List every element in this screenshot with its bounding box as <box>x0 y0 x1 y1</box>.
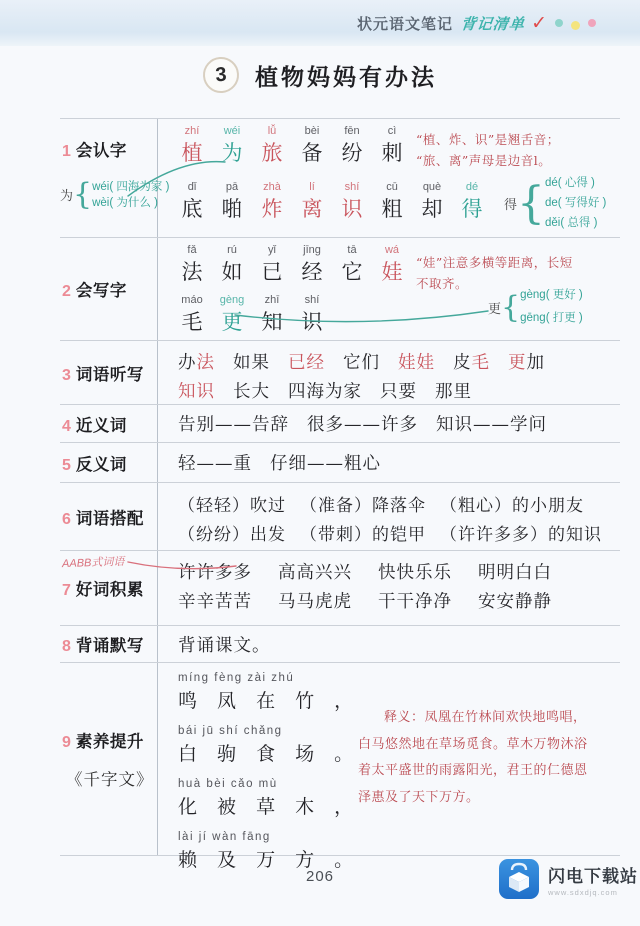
section-label: 词语搭配 <box>76 505 144 529</box>
verse: míng fèng zài zhú鸣 凤 在 竹 ， <box>178 672 360 713</box>
word: 它们 <box>343 349 380 374</box>
pinyin-char-pair: pā啪 <box>212 181 252 222</box>
pinyin-char-pair: bèi备 <box>292 125 332 166</box>
section-label: 近义词 <box>76 412 127 436</box>
section-number: 1 <box>62 143 71 161</box>
checkmark-icon: ✓ <box>531 12 547 35</box>
dot-pink-icon <box>588 19 596 27</box>
word: 娃娃 <box>398 349 435 374</box>
section-label-cell: 9 素养提升 《千字文》 <box>60 663 158 855</box>
pinyin-char-pair: zhà炸 <box>252 181 292 222</box>
section-content-cell: 许许多多高高兴兴快快乐乐明明白白 辛辛苦苦马马虎虎干干净净安安静静 <box>158 551 620 625</box>
pinyin-char-pair: zhī知 <box>252 294 292 335</box>
pronunciation-lines: gèng( 更好 )gēng( 打更 ) <box>520 284 583 330</box>
section-literacy-boost: 9 素养提升 《千字文》 míng fèng zài zhú鸣 凤 在 竹 ，b… <box>60 662 620 855</box>
lesson-number-circle: 3 <box>202 56 240 94</box>
pinyin-char-pair: dé得 <box>452 181 492 222</box>
text-line: 释义：凤凰在竹林间欢快地鸣唱， <box>358 705 622 732</box>
word-line: 背诵课文。 <box>178 632 271 657</box>
geng-pronunciation-note: 更 gèng( 更好 )gēng( 打更 ) <box>488 284 583 330</box>
word-line: 辛辛苦苦马马虎虎干干净净安安静静 <box>178 586 620 615</box>
section-label: 素养提升 <box>76 728 144 752</box>
pinyin-char-pair: zhí植 <box>172 125 212 166</box>
dot-teal-icon <box>555 19 563 27</box>
lead-character: 得 <box>504 194 517 213</box>
watermark-url: www.sdxdjq.com <box>548 888 638 897</box>
tip-line: “旅、离”声母是边音l。 <box>416 150 620 171</box>
word: 高高兴兴 <box>278 559 352 584</box>
badge-title: 背记清单 <box>460 13 526 34</box>
brace-icon <box>501 290 520 325</box>
verse: bái jū shí chǎng白 驹 食 场 。 <box>178 725 360 766</box>
lesson-title-text: 植物妈妈有办法 <box>255 59 437 92</box>
section-label: 背诵默写 <box>76 632 144 656</box>
section-content-cell: 轻——重仔细——粗心 <box>158 443 620 482</box>
pinyin-char-pair: shí识 <box>292 294 332 335</box>
section-label: 反义词 <box>76 451 127 475</box>
word: 更加 <box>508 349 545 374</box>
de-pronunciation-note: 得 dé( 心得 )de( 写得好 )děi( 总得 ) <box>504 173 606 233</box>
section-number: 3 <box>62 367 71 385</box>
section-label-cell: 5 反义词 <box>60 443 158 482</box>
lead-character: 为 <box>60 185 73 204</box>
section-number: 6 <box>62 511 71 529</box>
download-app-icon <box>498 858 540 900</box>
section-synonyms: 4 近义词 告别——告辞很多——许多知识——学问 <box>60 404 620 442</box>
word: 许许多多 <box>178 559 252 584</box>
section-good-words: AABB式词语 7 好词积累 许许多多高高兴兴快快乐乐明明白白 辛辛苦苦马马虎虎… <box>60 550 620 625</box>
section-content-cell: 背诵课文。 <box>158 626 620 662</box>
section-label-cell: 8 背诵默写 <box>60 626 158 662</box>
section-label-cell: 2 会写字 <box>60 238 158 340</box>
text-line: 泽惠及了天下万方。 <box>358 785 622 812</box>
text-line: gēng( 打更 ) <box>520 307 583 330</box>
section-label: 会写字 <box>76 277 127 301</box>
section-number: 4 <box>62 418 71 436</box>
pinyin-char-pair: tā它 <box>332 244 372 285</box>
word: 皮毛 <box>453 349 490 374</box>
word: 办法 <box>178 349 215 374</box>
watermark-badge[interactable]: 闪电下载站 www.sdxdjq.com <box>498 858 638 900</box>
verse: huà bèi cǎo mù化 被 草 木 ， <box>178 778 360 819</box>
section-number: 9 <box>62 734 71 752</box>
book-title: 《千字文》 <box>66 766 154 790</box>
section-number: 8 <box>62 638 71 656</box>
section-word-dictation: 3 词语听写 办法如果已经它们娃娃皮毛更加 知识长大四海为家只要那里 <box>60 340 620 404</box>
section-content-cell: míng fèng zài zhú鸣 凤 在 竹 ，bái jū shí chǎ… <box>158 663 620 855</box>
word: 辛辛苦苦 <box>178 588 252 613</box>
pinyin-char-pair: yǐ已 <box>252 244 292 285</box>
header-band: 状元语文笔记 背记清单 ✓ <box>0 0 640 46</box>
word-line: 告别——告辞很多——许多知识——学问 <box>178 411 547 436</box>
section-label-cell: 6 词语搭配 <box>60 483 158 550</box>
pinyin-char-pair: wéi为 <box>212 125 252 166</box>
word-line: 许许多多高高兴兴快快乐乐明明白白 <box>178 557 620 586</box>
word: （轻轻）吹过 <box>178 491 286 516</box>
word-line: 轻——重仔细——粗心 <box>178 450 381 475</box>
wei-pronunciation-note: 为 wéi( 四海为家 )wèi( 为什么 ) <box>60 177 169 212</box>
word: 长大 <box>233 378 270 403</box>
section-collocations: 6 词语搭配 （轻轻）吹过（准备）降落伞（粗心）的小朋友 （纷纷）出发（带刺）的… <box>60 482 620 550</box>
word: 仔细——粗心 <box>270 450 381 475</box>
section-recitation: 8 背诵默写 背诵课文。 <box>60 625 620 662</box>
pronunciation-lines: dé( 心得 )de( 写得好 )děi( 总得 ) <box>545 173 606 233</box>
pinyin-char-row: fǎ法rú如yǐ已jīng经tā它wá娃 <box>172 244 412 285</box>
word: 马马虎虎 <box>278 588 352 613</box>
pinyin-char-pair: dǐ底 <box>172 181 212 222</box>
pinyin-char-pair: cì刺 <box>372 125 412 166</box>
dot-yellow-icon <box>571 21 580 30</box>
text-line: 着太平盛世的雨露阳光，君王的仁德恩 <box>358 758 622 785</box>
text-line: děi( 总得 ) <box>545 213 606 233</box>
section-antonyms: 5 反义词 轻——重仔细——粗心 <box>60 442 620 482</box>
word-line: （纷纷）出发（带刺）的铠甲（许许多多）的知识 <box>178 518 620 547</box>
word: 快快乐乐 <box>378 559 452 584</box>
section-label: 会认字 <box>76 137 127 161</box>
text-line: dé( 心得 ) <box>545 173 606 193</box>
word: （带刺）的铠甲 <box>300 520 426 545</box>
section-content-cell: （轻轻）吹过（准备）降落伞（粗心）的小朋友 （纷纷）出发（带刺）的铠甲（许许多多… <box>158 483 620 550</box>
section-label-cell: 3 词语听写 <box>60 341 158 404</box>
section-number: 2 <box>62 283 71 301</box>
word: （纷纷）出发 <box>178 520 286 545</box>
section-content-cell: zhí植wéi为lǚ旅bèi备fēn纷cì刺 “植、炸、识”是翘舌音； “旅、离… <box>158 119 620 237</box>
word: 知识 <box>178 378 215 403</box>
explanation-note: 释义：凤凰在竹林间欢快地鸣唱，白马悠然地在草场觅食。草木万物沐浴着太平盛世的雨露… <box>358 705 622 811</box>
word-line: 办法如果已经它们娃娃皮毛更加 <box>178 347 620 376</box>
text-line: de( 写得好 ) <box>545 193 606 213</box>
word: （粗心）的小朋友 <box>440 491 584 516</box>
word-line: 知识长大四海为家只要那里 <box>178 376 620 405</box>
pinyin-char-pair: lǚ旅 <box>252 125 292 166</box>
section-recognize-characters: 1 会认字 为 wéi( 四海为家 )wèi( 为什么 ) zhí植wéi为lǚ… <box>60 118 620 237</box>
pinyin-char-pair: máo毛 <box>172 294 212 335</box>
notebook-page: 状元语文笔记 背记清单 ✓ 3 植物妈妈有办法 1 会认字 为 wéi( 四海为… <box>0 0 640 926</box>
section-label-cell: 1 会认字 为 wéi( 四海为家 )wèi( 为什么 ) <box>60 119 158 237</box>
pinyin-char-pair: gèng更 <box>212 294 252 335</box>
pinyin-char-row: máo毛gèng更zhī知shí识 <box>172 294 332 335</box>
lead-character: 更 <box>488 298 501 317</box>
section-content-cell: 告别——告辞很多——许多知识——学问 <box>158 405 620 442</box>
word: 知识——学问 <box>436 411 547 436</box>
word: 明明白白 <box>478 559 552 584</box>
word: 告别——告辞 <box>178 411 289 436</box>
watermark-name: 闪电下载站 <box>548 862 638 887</box>
pinyin-char-pair: lí离 <box>292 181 332 222</box>
tip-line: “植、炸、识”是翘舌音； <box>416 129 620 150</box>
word-line: （轻轻）吹过（准备）降落伞（粗心）的小朋友 <box>178 489 620 518</box>
pinyin-char-row: dǐ底pā啪zhà炸lí离shí识cū粗què却dé得 <box>172 181 492 222</box>
word: 那里 <box>435 378 472 403</box>
pinyin-char-pair: fēn纷 <box>332 125 372 166</box>
section-label-cell: 4 近义词 <box>60 405 158 442</box>
word: （许许多多）的知识 <box>440 520 602 545</box>
brand-title: 状元语文笔记 <box>357 13 453 34</box>
section-label-cell: AABB式词语 7 好词积累 <box>60 551 158 625</box>
pinyin-char-pair: shí识 <box>332 181 372 222</box>
word: 如果 <box>233 349 270 374</box>
pinyin-char-pair: wá娃 <box>372 244 412 285</box>
pronunciation-tip: “植、炸、识”是翘舌音； “旅、离”声母是边音l。 <box>416 129 620 171</box>
section-number: 5 <box>62 457 71 475</box>
verse-list: míng fèng zài zhú鸣 凤 在 竹 ，bái jū shí chǎ… <box>178 672 360 884</box>
word: 干干净净 <box>378 588 452 613</box>
pinyin-char-pair: fǎ法 <box>172 244 212 285</box>
word: 只要 <box>380 378 417 403</box>
word: 四海为家 <box>288 378 362 403</box>
word: 很多——许多 <box>307 411 418 436</box>
pinyin-char-row: zhí植wéi为lǚ旅bèi备fēn纷cì刺 <box>172 125 412 166</box>
notes-table: 1 会认字 为 wéi( 四海为家 )wèi( 为什么 ) zhí植wéi为lǚ… <box>60 118 620 856</box>
pinyin-char-pair: cū粗 <box>372 181 412 222</box>
brace-icon <box>517 178 545 229</box>
verse: lài jí wàn fāng赖 及 万 方 。 <box>178 831 360 872</box>
word: 已经 <box>288 349 325 374</box>
section-content-cell: fǎ法rú如yǐ已jīng经tā它wá娃 “娃”注意多横等距离，长短 不取齐。 … <box>158 238 620 340</box>
text-line: 白马悠然地在草场觅食。草木万物沐浴 <box>358 732 622 759</box>
lesson-title: 3 植物妈妈有办法 <box>0 57 640 93</box>
word: 背诵课文。 <box>178 632 271 657</box>
section-label: 好词积累 <box>76 576 144 600</box>
pinyin-char-pair: rú如 <box>212 244 252 285</box>
word: 轻——重 <box>178 450 252 475</box>
pinyin-char-pair: jīng经 <box>292 244 332 285</box>
brace-icon <box>73 177 92 212</box>
word: （准备）降落伞 <box>300 491 426 516</box>
pinyin-char-pair: què却 <box>412 181 452 222</box>
word: 安安静静 <box>478 588 552 613</box>
watermark-text: 闪电下载站 www.sdxdjq.com <box>548 862 638 897</box>
section-content-cell: 办法如果已经它们娃娃皮毛更加 知识长大四海为家只要那里 <box>158 341 620 404</box>
aabb-annotation: AABB式词语 <box>62 553 125 571</box>
section-write-characters: 2 会写字 fǎ法rú如yǐ已jīng经tā它wá娃 “娃”注意多横等距离，长短… <box>60 237 620 340</box>
section-number: 7 <box>62 582 71 600</box>
section-label: 词语听写 <box>76 361 144 385</box>
tip-line: “娃”注意多横等距离，长短 <box>416 252 620 273</box>
text-line: gèng( 更好 ) <box>520 284 583 307</box>
